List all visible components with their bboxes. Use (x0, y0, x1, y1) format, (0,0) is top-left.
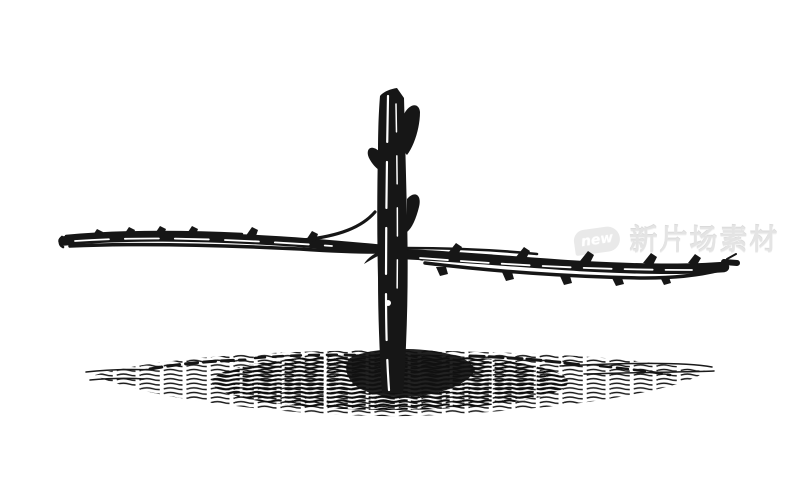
stem-top-bud (403, 105, 420, 155)
stem-bud-scar-dot (385, 300, 391, 306)
engraving-canvas: new 新片场素材 (0, 0, 800, 492)
vertical-stem (377, 88, 407, 393)
stem-left-stub (368, 148, 379, 170)
stem-right-bud (407, 194, 420, 232)
vine-cordon-engraving (0, 0, 800, 492)
